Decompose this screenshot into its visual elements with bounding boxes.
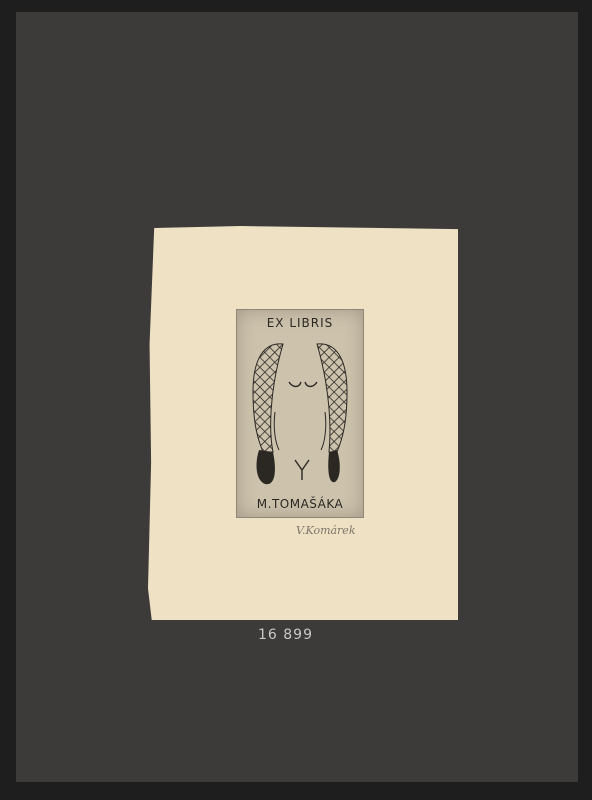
figure-illustration-icon — [245, 332, 355, 492]
etching-plate: EX LIBRIS M.TOMAŠÁKA — [236, 309, 364, 518]
inventory-number: 16 899 — [258, 627, 313, 643]
artist-signature: V.Komárek — [296, 524, 356, 537]
plate-title: EX LIBRIS — [237, 316, 363, 330]
plate-owner-name: M.TOMAŠÁKA — [237, 497, 363, 511]
